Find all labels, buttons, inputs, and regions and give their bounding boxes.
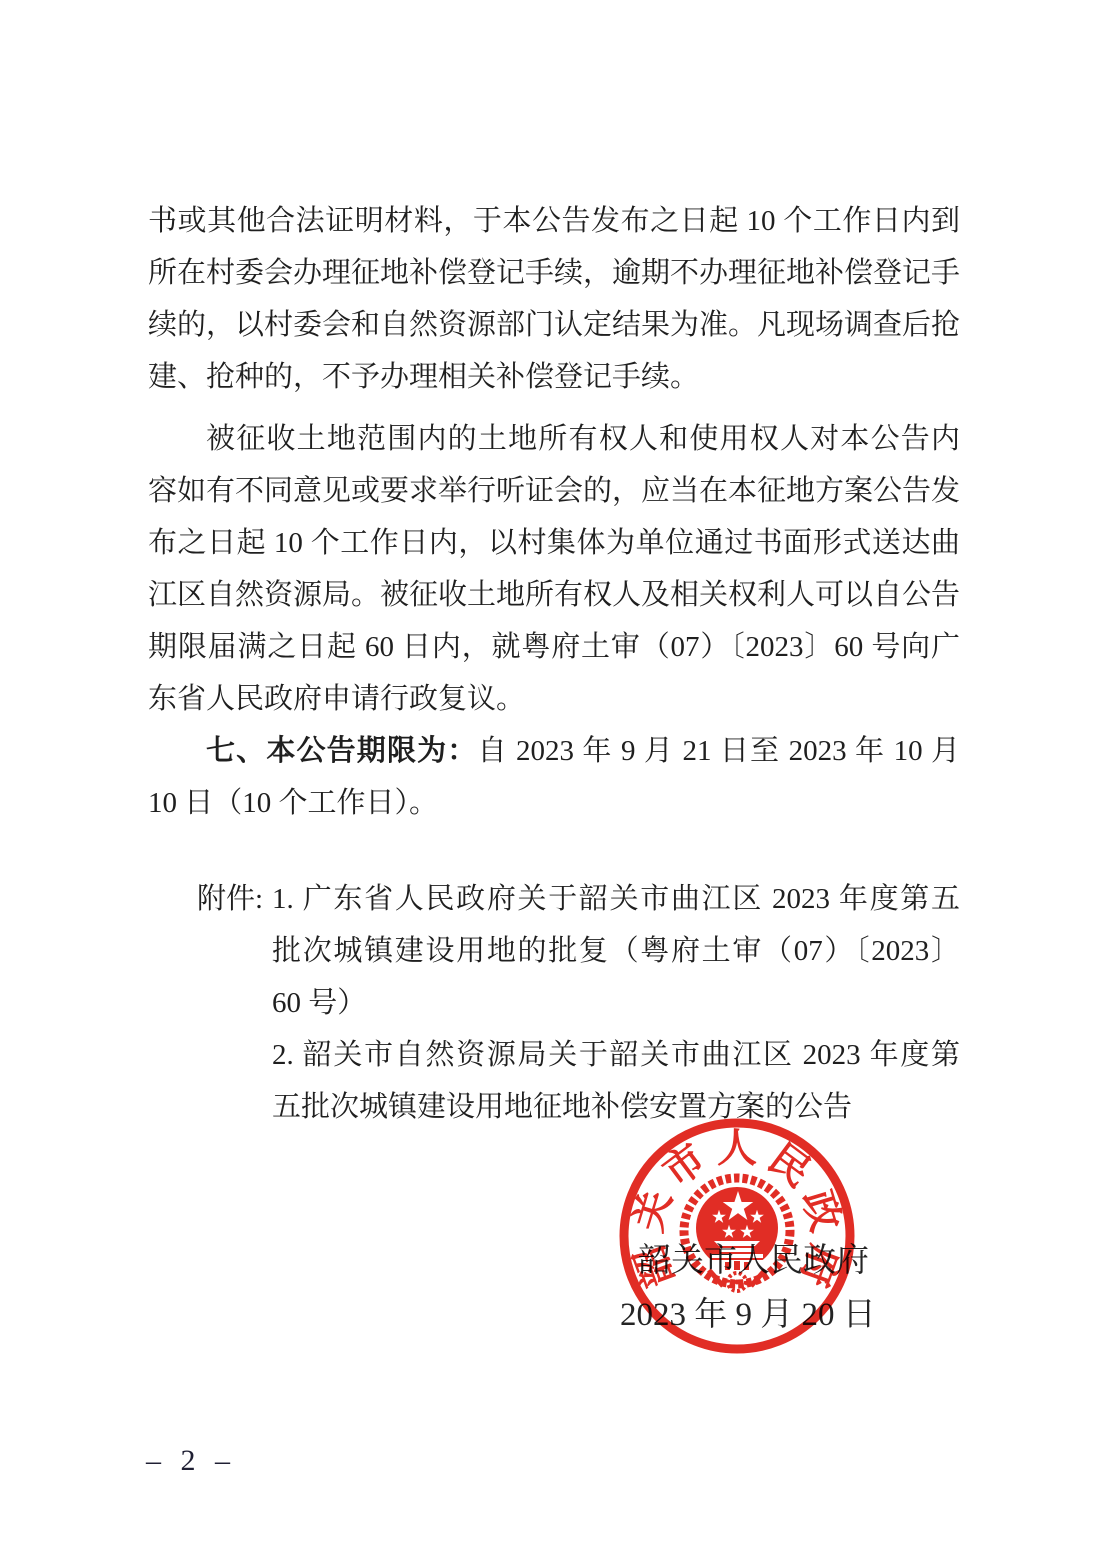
attachment-item-line: 批次城镇建设用地的批复（粤府土审（07）〔2023〕: [272, 925, 960, 977]
national-emblem-icon: [684, 1178, 790, 1291]
document-page: 书或其他合法证明材料，于本公告发布之日起 10 个工作日内到 所在村委会办理征地…: [0, 0, 1102, 1559]
attachment-item-line: 2. 韶关市自然资源局关于韶关市曲江区 2023 年度第: [272, 1029, 960, 1081]
text-line: 东省人民政府申请行政复议。: [148, 673, 960, 725]
text-line: 容如有不同意见或要求举行听证会的，应当在本征地方案公告发: [148, 465, 960, 517]
text-line: 布之日起 10 个工作日内，以村集体为单位通过书面形式送达曲: [148, 517, 960, 569]
text-line: 所在村委会办理征地补偿登记手续，逾期不办理征地补偿登记手: [148, 247, 960, 299]
text-line: 续的，以村委会和自然资源部门认定结果为准。凡现场调查后抢: [148, 299, 960, 351]
text-line: 江区自然资源局。被征收土地所有权人及相关权利人可以自公告: [148, 569, 960, 621]
text-line: 被征收土地范围内的土地所有权人和使用权人对本公告内: [148, 413, 960, 465]
text-line: 建、抢种的，不予办理相关补偿登记手续。: [148, 351, 960, 403]
attachment-item-line: 1. 广东省人民政府关于韶关市曲江区 2023 年度第五: [272, 873, 960, 925]
page-number: – 2 –: [146, 1444, 236, 1478]
paragraph-7-term: 七、本公告期限为：自 2023 年 9 月 21 日至 2023 年 10 月 …: [148, 725, 960, 829]
attachments-block: 附件: 1. 广东省人民政府关于韶关市曲江区 2023 年度第五 批次城镇建设用…: [272, 873, 960, 1133]
official-seal-stamp: 韶 关 市 人 民 政 府: [611, 1110, 863, 1362]
emblem-gear-icon: [709, 1270, 765, 1291]
text-line: 10 日（10 个工作日）。: [148, 777, 960, 829]
seal-char: 政: [794, 1185, 849, 1236]
text-line: 书或其他合法证明材料，于本公告发布之日起 10 个工作日内到: [148, 195, 960, 247]
seal-char: 人: [717, 1126, 757, 1171]
paragraph-2: 被征收土地范围内的土地所有权人和使用权人对本公告内 容如有不同意见或要求举行听证…: [148, 413, 960, 725]
emblem-gate-icon: [711, 1241, 763, 1270]
section-text: 自 2023 年 9 月 21 日至 2023 年 10 月: [477, 735, 960, 767]
section-heading: 七、本公告期限为：: [206, 735, 477, 767]
text-line: 七、本公告期限为：自 2023 年 9 月 21 日至 2023 年 10 月: [148, 725, 960, 777]
paragraph-1: 书或其他合法证明材料，于本公告发布之日起 10 个工作日内到 所在村委会办理征地…: [148, 195, 960, 403]
attachments-label: 附件:: [197, 873, 263, 925]
document-body: 书或其他合法证明材料，于本公告发布之日起 10 个工作日内到 所在村委会办理征地…: [148, 195, 960, 1133]
seal-char: 关: [625, 1185, 680, 1236]
attachment-item-line: 60 号）: [272, 977, 960, 1029]
text-line: 期限届满之日起 60 日内，就粤府土审（07）〔2023〕60 号向广: [148, 621, 960, 673]
